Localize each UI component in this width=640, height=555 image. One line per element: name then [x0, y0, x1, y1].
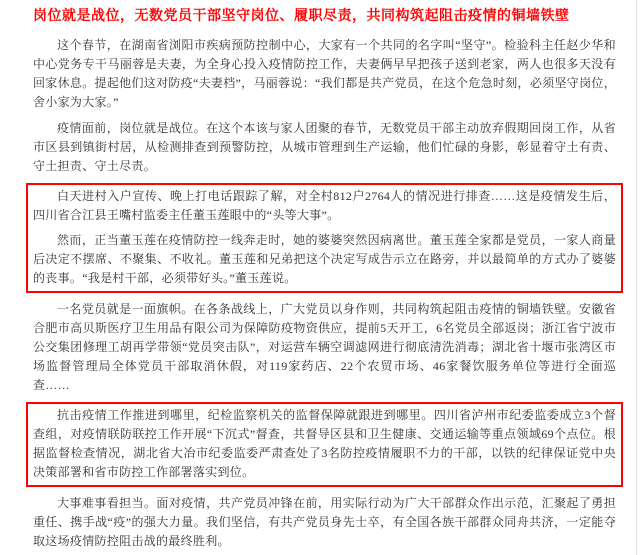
article-page: 岗位就是战位，无数党员干部坚守岗位、履职尽责，共同构筑起阻击疫情的铜墙铁壁 这个… [0, 0, 640, 555]
paragraph-3: 一名党员就是一面旗帜。在各条战线上，广大党员以身作则，共同构筑起阻击疫情的铜墙铁… [33, 300, 616, 395]
paragraph-2: 疫情面前，岗位就是战位。在这个本该与家人团聚的春节，无数党员干部主动放弃假期回岗… [33, 119, 616, 176]
content-right-border [636, 0, 637, 555]
article-content: 岗位就是战位，无数党员干部坚守岗位、履职尽责，共同构筑起阻击疫情的铜墙铁壁 这个… [0, 0, 640, 551]
paragraph-4: 大事难事看担当。面对疫情，共产党员冲锋在前，用实际行动为广大干部群众作出示范，汇… [33, 494, 616, 551]
highlighted-paragraph: 白天进村入户宣传、晚上打电话跟踪了解，对全村812户2764人的情况进行排查……… [33, 187, 616, 225]
highlighted-paragraph: 然而，正当董玉莲在疫情防控一线奔走时，她的婆婆突然因病离世。董玉莲全家都是党员，… [33, 231, 616, 288]
paragraph-1: 这个春节，在湖南省浏阳市疾病预防控制中心，大家有一个共同的名字叫“坚守”。检验科… [33, 36, 616, 112]
highlighted-paragraph: 抗击疫情工作推进到哪里，纪检监察机关的监督保障就跟进到哪里。四川省泸州市纪委监委… [33, 406, 616, 482]
article-title: 岗位就是战位，无数党员干部坚守岗位、履职尽责，共同构筑起阻击疫情的铜墙铁壁 [33, 7, 616, 27]
red-highlight-box-2: 抗击疫情工作推进到哪里，纪检监察机关的监督保障就跟进到哪里。四川省泸州市纪委监委… [26, 402, 623, 487]
red-highlight-box-1: 白天进村入户宣传、晚上打电话跟踪了解，对全村812户2764人的情况进行排查……… [26, 183, 623, 293]
